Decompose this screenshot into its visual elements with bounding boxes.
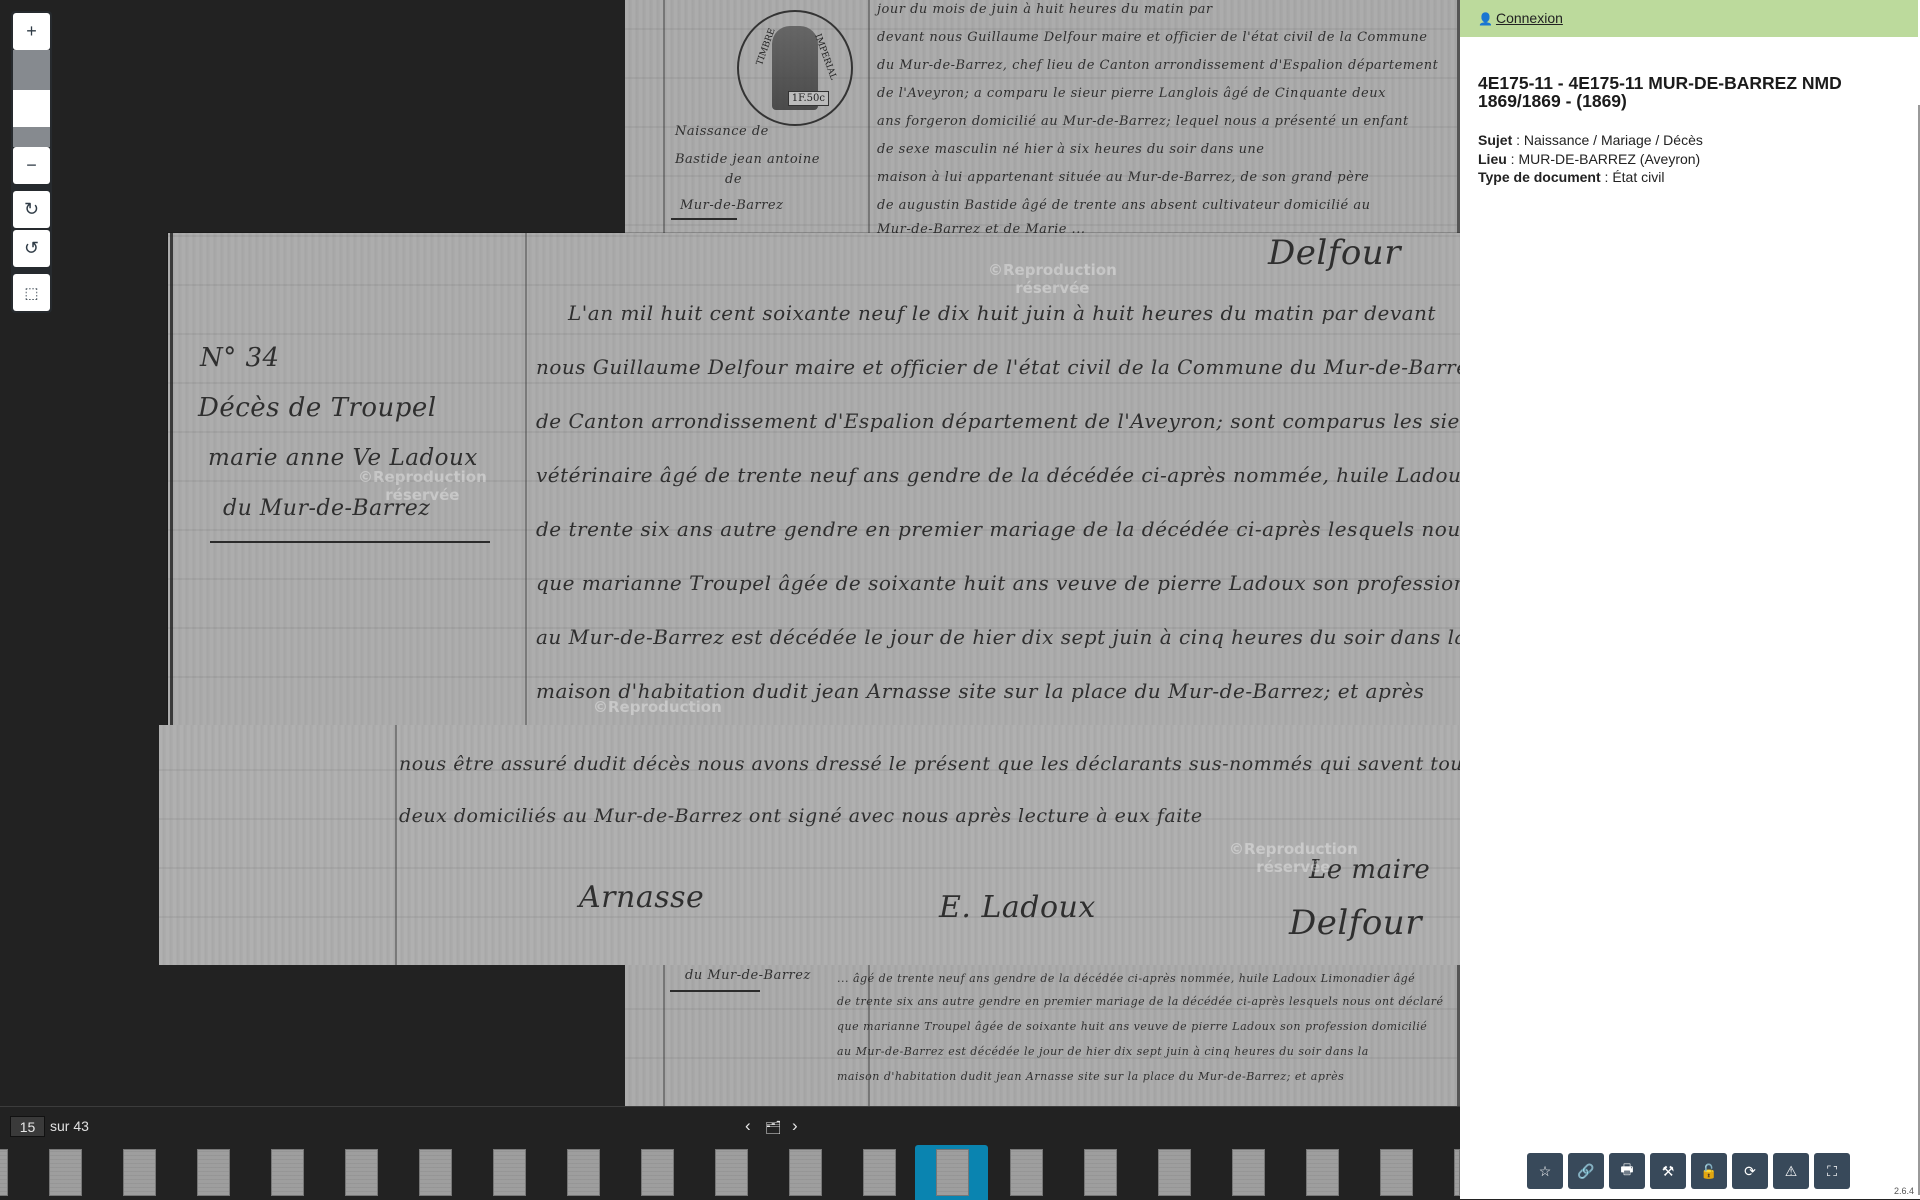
star-icon: ☆ xyxy=(1539,1163,1552,1180)
zoom-out-button[interactable]: − xyxy=(13,147,50,184)
margin-rule xyxy=(170,233,173,725)
login-link[interactable]: Connexion xyxy=(1496,10,1563,26)
watermark: ©Reproductionréservée xyxy=(1229,840,1358,876)
thumbnail[interactable] xyxy=(863,1149,896,1196)
record-number: N° 34 xyxy=(200,343,280,373)
text-line: jour du mois de juin à huit heures du ma… xyxy=(877,2,1213,17)
zoom-slider[interactable] xyxy=(13,50,50,147)
watermark: ©Reproduction xyxy=(593,698,722,716)
thumbnail-current[interactable] xyxy=(936,1149,969,1196)
document-title: 4E175-11 - 4E175-11 MUR-DE-BARREZ NMD 18… xyxy=(1478,74,1878,110)
panel-header: 👤Connexion xyxy=(1460,0,1918,37)
thumbnail[interactable] xyxy=(123,1149,156,1196)
margin-note-line: Naissance de xyxy=(675,124,769,139)
text-line: de trente six ans autre gendre en premie… xyxy=(536,517,1460,541)
text-line: que marianne Troupel âgée de soixante hu… xyxy=(837,1020,1427,1033)
tax-stamp: TIMBRE IMPERIAL 1F.50c xyxy=(737,10,853,126)
select-region-button[interactable]: ⬚ xyxy=(13,274,50,311)
thumbnail[interactable] xyxy=(1158,1149,1191,1196)
text-line: de sexe masculin né hier à six heures du… xyxy=(877,142,1265,157)
signature: E. Ladoux xyxy=(939,890,1096,925)
document-viewer[interactable]: TIMBRE IMPERIAL 1F.50c Naissance de Bast… xyxy=(0,0,1460,1106)
signature: Delfour xyxy=(1268,233,1401,273)
rotate-cw-icon: ↻ xyxy=(24,199,39,220)
thumbnail[interactable] xyxy=(419,1149,452,1196)
thumbnail[interactable] xyxy=(715,1149,748,1196)
margin-note-line: du Mur-de-Barrez xyxy=(685,968,811,983)
magic-wand-icon: ⚒ xyxy=(1662,1163,1675,1180)
zoom-slider-handle[interactable] xyxy=(13,90,50,127)
action-toolbar: ☆ 🔗 🖶 ⚒ 🔓 ⟳ ⚠ ⛶ xyxy=(1527,1153,1850,1189)
thumbnail-strip[interactable] xyxy=(0,1145,1460,1199)
thumbnail[interactable] xyxy=(789,1149,822,1196)
unlock-button[interactable]: 🔓 xyxy=(1691,1153,1727,1189)
thumbnail[interactable] xyxy=(271,1149,304,1196)
thumbnail[interactable] xyxy=(493,1149,526,1196)
thumbnail[interactable] xyxy=(1380,1149,1413,1196)
text-line: nous Guillaume Delfour maire et officier… xyxy=(536,355,1460,379)
thumbnail[interactable] xyxy=(197,1149,230,1196)
margin-title: Décès de Troupel xyxy=(198,393,437,423)
warning-icon: ⚠ xyxy=(1785,1163,1798,1180)
text-line: ... âgé de trente neuf ans gendre de la … xyxy=(837,972,1415,985)
next-page-button[interactable]: › xyxy=(792,1116,798,1136)
text-line: maison d'habitation dudit jean Arnasse s… xyxy=(837,1070,1344,1083)
text-line: nous être assuré dudit décès nous avons … xyxy=(399,753,1460,775)
viewer-toolbar: + − ↻ ↺ ⬚ xyxy=(11,11,52,313)
text-line: ans forgeron domicilié au Mur-de-Barrez;… xyxy=(877,114,1409,129)
info-panel: 👤Connexion 4E175-11 - 4E175-11 MUR-DE-BA… xyxy=(1460,0,1920,1199)
pager-bar: sur 43 ‹ 🗂 › xyxy=(0,1106,1460,1199)
text-line: L'an mil huit cent soixante neuf le dix … xyxy=(568,301,1436,325)
thumbnail[interactable] xyxy=(345,1149,378,1196)
page-number-input[interactable] xyxy=(10,1116,45,1137)
thumbnail[interactable] xyxy=(0,1149,8,1196)
margin-rule xyxy=(395,725,397,965)
margin-note-line: de xyxy=(725,172,742,187)
zoom-in-button[interactable]: + xyxy=(13,13,50,50)
thumbnail[interactable] xyxy=(49,1149,82,1196)
print-icon: 🖶 xyxy=(1620,1159,1633,1183)
text-line: de Canton arrondissement d'Espalion dépa… xyxy=(536,409,1460,433)
watermark: ©Reproductionréservée xyxy=(358,468,487,504)
underline xyxy=(670,990,760,992)
minus-icon: − xyxy=(26,155,37,176)
thumbnail[interactable] xyxy=(567,1149,600,1196)
underline xyxy=(210,541,490,543)
tools-button[interactable]: ⚒ xyxy=(1650,1153,1686,1189)
fullscreen-button[interactable]: ⛶ xyxy=(1814,1153,1850,1189)
print-button[interactable]: 🖶 xyxy=(1609,1153,1645,1189)
meta-subject: Sujet : Naissance / Mariage / Décès xyxy=(1478,131,1703,150)
dashed-square-icon: ⬚ xyxy=(24,284,38,302)
meta-doc-type: Type de document : État civil xyxy=(1478,168,1703,187)
rotate-left-button[interactable]: ↺ xyxy=(13,230,50,267)
text-line: au Mur-de-Barrez est décédée le jour de … xyxy=(536,625,1460,649)
user-icon: 👤 xyxy=(1478,12,1493,26)
thumbnail[interactable] xyxy=(641,1149,674,1196)
link-icon: 🔗 xyxy=(1577,1163,1594,1180)
magnifier-region-bottom[interactable]: nous être assuré dudit décès nous avons … xyxy=(159,725,1460,965)
text-line: deux domiciliés au Mur-de-Barrez ont sig… xyxy=(399,805,1203,827)
unlock-icon: 🔓 xyxy=(1700,1163,1717,1180)
text-line: de trente six ans autre gendre en premie… xyxy=(837,995,1444,1008)
text-line: au Mur-de-Barrez est décédée le jour de … xyxy=(837,1045,1369,1058)
version-label: 2.6.4 xyxy=(1894,1186,1914,1196)
text-line: du Mur-de-Barrez, chef lieu de Canton ar… xyxy=(877,58,1438,73)
margin-note-line: Bastide jean antoine xyxy=(675,152,820,167)
text-line: vétérinaire âgé de trente neuf ans gendr… xyxy=(536,463,1460,487)
watermark: ©Reproductionréservée xyxy=(988,261,1117,297)
text-line: de augustin Bastide âgé de trente ans ab… xyxy=(877,198,1370,213)
favorite-button[interactable]: ☆ xyxy=(1527,1153,1563,1189)
thumbnail[interactable] xyxy=(1084,1149,1117,1196)
plus-icon: + xyxy=(26,21,37,42)
page-total-label: sur 43 xyxy=(50,1118,89,1134)
refresh-icon: ⟳ xyxy=(1744,1163,1756,1180)
signature: Delfour xyxy=(1289,903,1422,943)
previous-page-button[interactable]: ‹ xyxy=(745,1116,751,1136)
thumbnail[interactable] xyxy=(1010,1149,1043,1196)
margin-note-line: Mur-de-Barrez xyxy=(680,198,783,213)
expand-icon: ⛶ xyxy=(1827,1163,1837,1180)
text-line: devant nous Guillaume Delfour maire et o… xyxy=(877,30,1427,45)
magnifier-region-top[interactable]: Delfour N° 34 Décès de Troupel marie ann… xyxy=(168,233,1460,725)
meta-place: Lieu : MUR-DE-BARREZ (Aveyron) xyxy=(1478,150,1703,169)
text-line: de l'Aveyron; a comparu le sieur pierre … xyxy=(877,86,1386,101)
thumbnail[interactable] xyxy=(1232,1149,1265,1196)
gallery-icon[interactable]: 🗂 xyxy=(765,1118,782,1138)
rotate-right-button[interactable]: ↻ xyxy=(13,191,50,228)
text-line: que marianne Troupel âgée de soixante hu… xyxy=(536,571,1460,595)
text-line: maison à lui appartenant située au Mur-d… xyxy=(877,170,1369,185)
document-metadata: Sujet : Naissance / Mariage / Décès Lieu… xyxy=(1478,131,1703,187)
margin-rule xyxy=(525,233,527,725)
rotate-ccw-icon: ↺ xyxy=(24,238,39,259)
refresh-button[interactable]: ⟳ xyxy=(1732,1153,1768,1189)
permalink-button[interactable]: 🔗 xyxy=(1568,1153,1604,1189)
report-button[interactable]: ⚠ xyxy=(1773,1153,1809,1189)
thumbnail[interactable] xyxy=(1306,1149,1339,1196)
stamp-value: 1F.50c xyxy=(788,91,829,106)
underline xyxy=(671,218,737,220)
signature: Arnasse xyxy=(579,880,704,915)
